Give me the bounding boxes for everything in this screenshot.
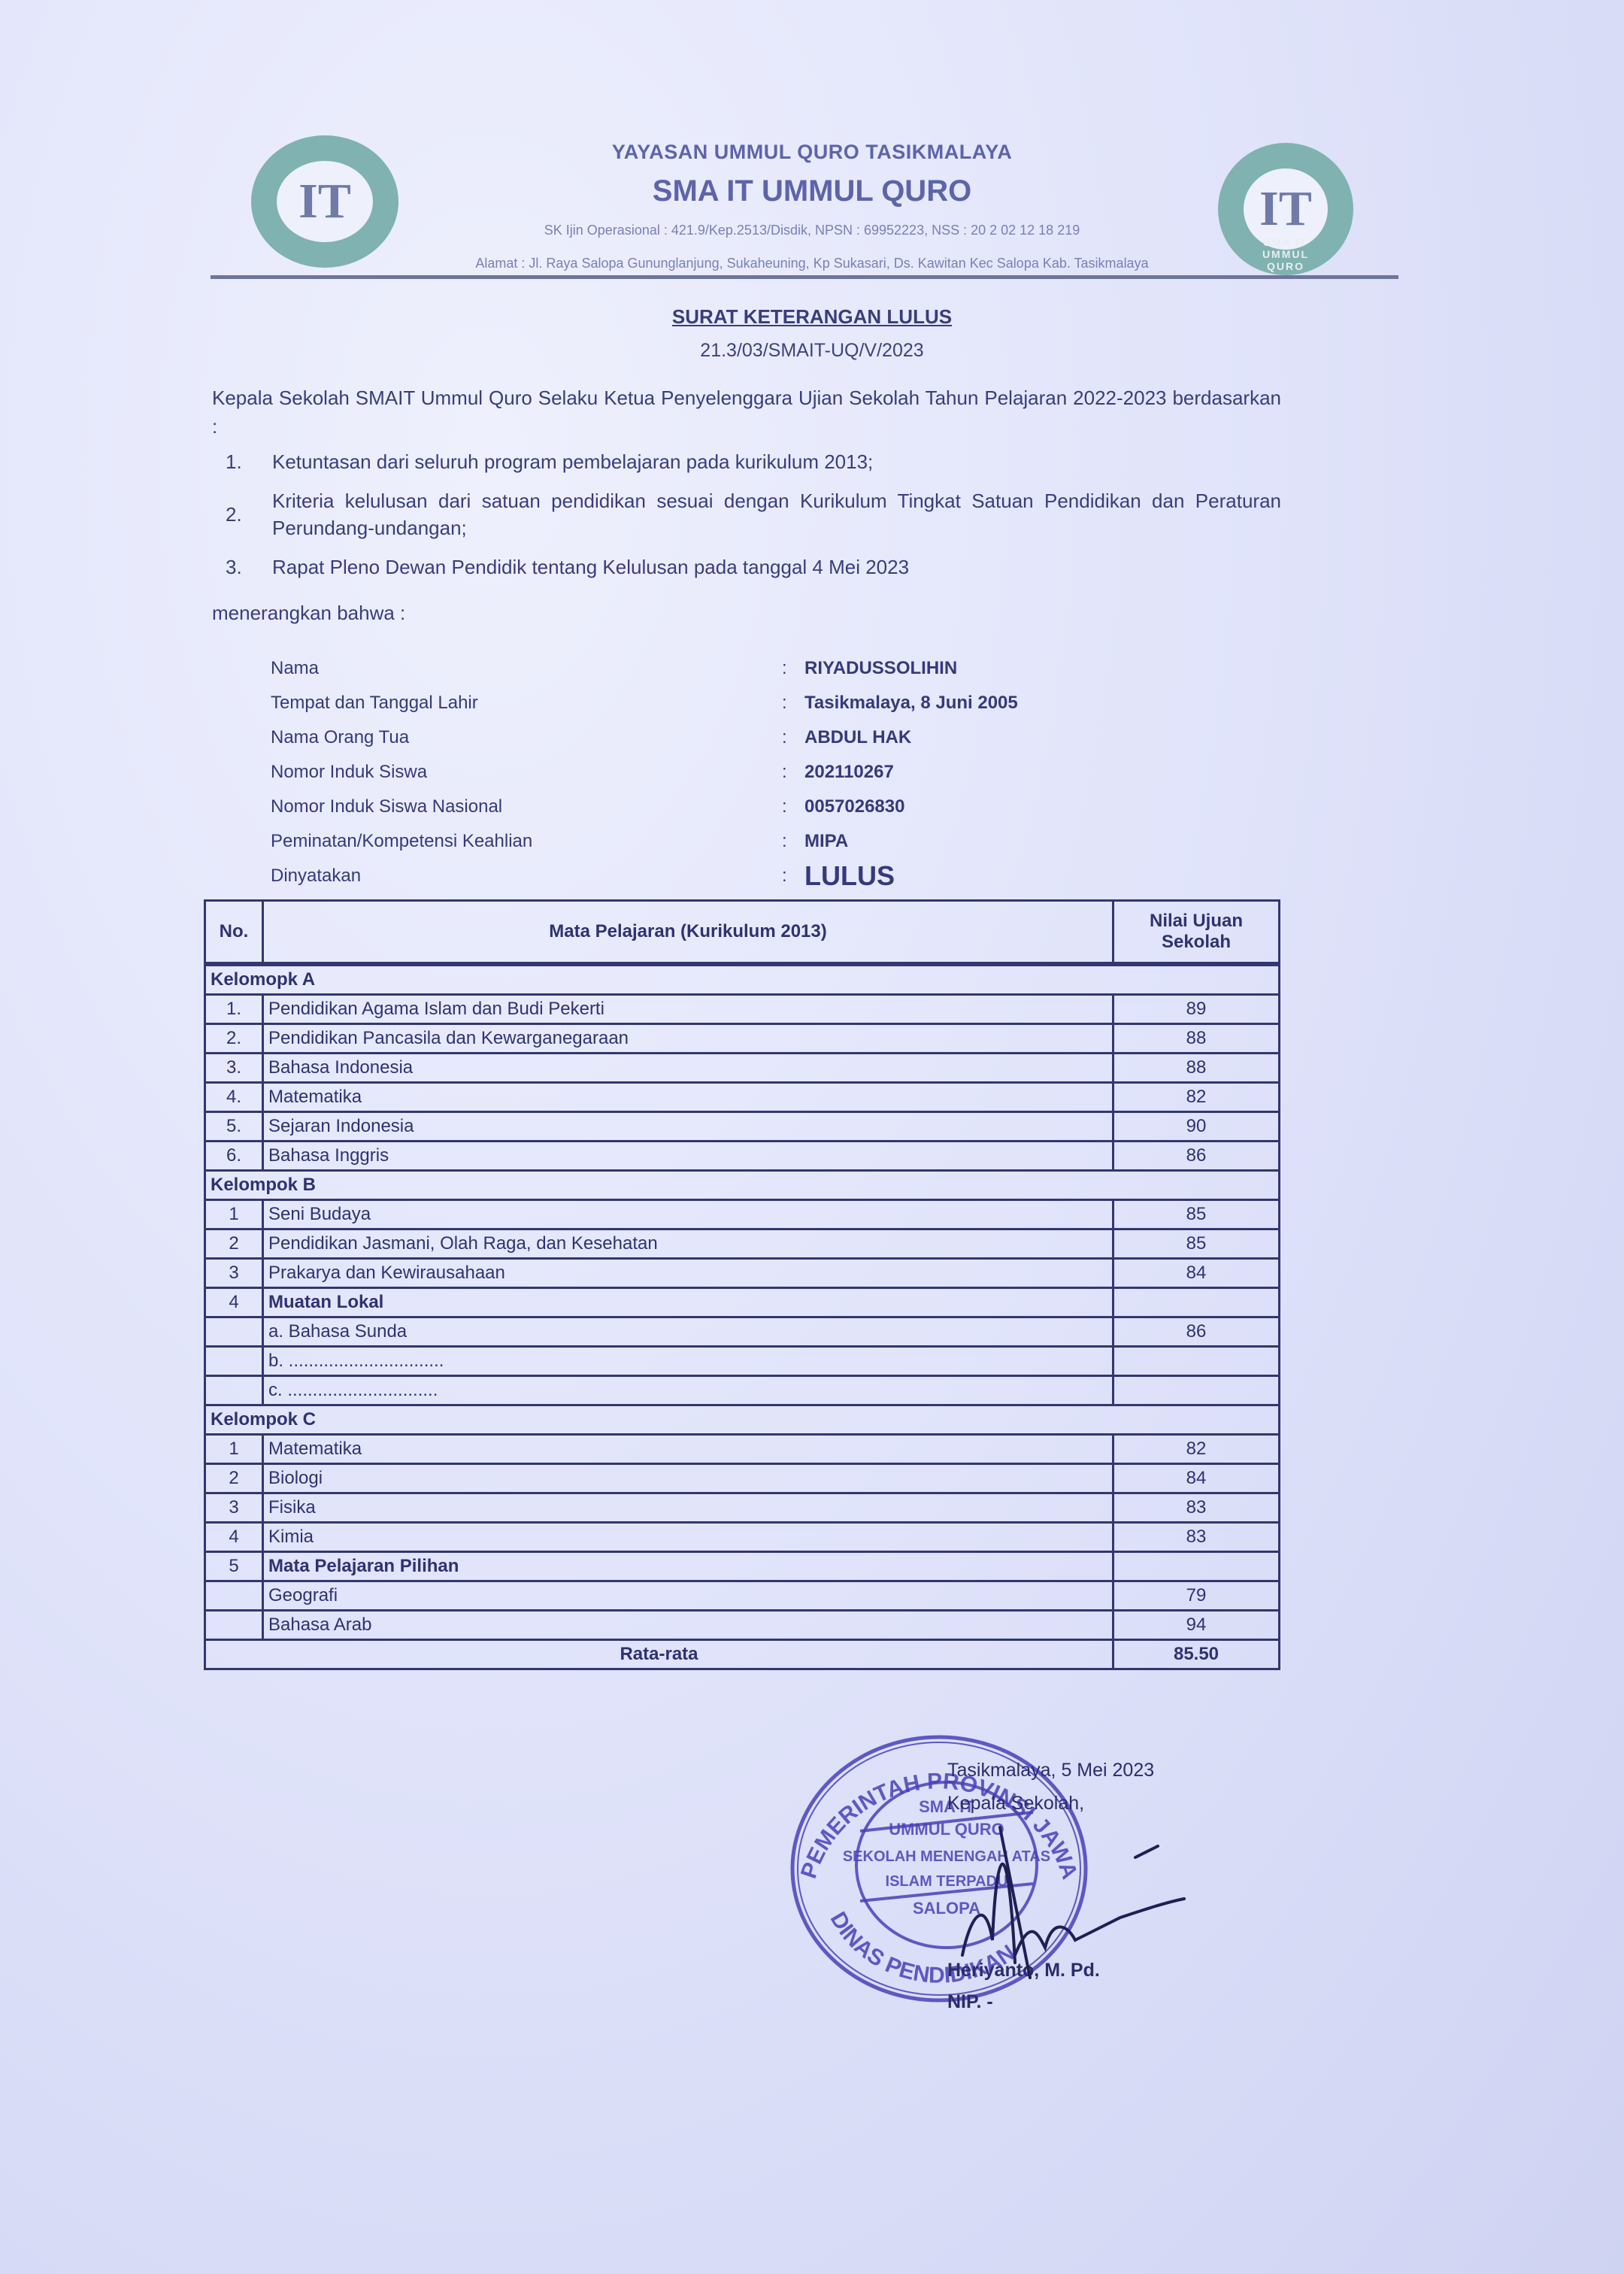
basis-number: 3. — [226, 553, 272, 581]
row-score — [1113, 1376, 1280, 1405]
row-subject: Pendidikan Agama Islam dan Budi Pekerti — [263, 995, 1113, 1024]
intro-paragraph: Kepala Sekolah SMAIT Ummul Quro Selaku K… — [212, 384, 1281, 441]
table-row: 5Mata Pelajaran Pilihan — [205, 1552, 1280, 1581]
school-name: SMA IT UMMUL QURO — [0, 174, 1624, 208]
row-subject: Pendidikan Pancasila dan Kewarganegaraan — [263, 1024, 1113, 1054]
row-number — [205, 1581, 263, 1611]
school-address: Alamat : Jl. Raya Salopa Gununglanjung, … — [0, 256, 1624, 271]
table-row: Geografi79 — [205, 1581, 1280, 1611]
basis-list: 1. Ketuntasan dari seluruh program pembe… — [226, 448, 1281, 593]
row-score: 84 — [1113, 1259, 1280, 1288]
basis-text: Ketuntasan dari seluruh program pembelaj… — [272, 448, 1281, 475]
row-number: 5. — [205, 1112, 263, 1142]
row-subject: Fisika — [263, 1493, 1113, 1523]
table-row: a. Bahasa Sunda86 — [205, 1317, 1280, 1347]
group-label: Kelompok B — [205, 1171, 1280, 1200]
graduation-status: LULUS — [804, 860, 895, 892]
row-number: 2. — [205, 1024, 263, 1054]
row-subject: Bahasa Inggris — [263, 1142, 1113, 1171]
row-score: 82 — [1113, 1435, 1280, 1464]
identity-row-parent: Nama Orang Tua : ABDUL HAK — [271, 720, 1173, 755]
field-value: 0057026830 — [804, 796, 904, 817]
row-score: 88 — [1113, 1054, 1280, 1083]
table-row: 3Fisika83 — [205, 1493, 1280, 1523]
table-row: 1Seni Budaya85 — [205, 1200, 1280, 1229]
row-number — [205, 1611, 263, 1640]
field-label: Tempat dan Tanggal Lahir — [271, 693, 782, 714]
row-number: 2 — [205, 1229, 263, 1259]
row-subject: Sejaran Indonesia — [263, 1112, 1113, 1142]
row-number: 4 — [205, 1523, 263, 1552]
basis-text: Rapat Pleno Dewan Pendidik tentang Kelul… — [272, 553, 1281, 581]
table-row: Bahasa Arab94 — [205, 1611, 1280, 1640]
basis-number: 1. — [226, 448, 272, 475]
row-score: 94 — [1113, 1611, 1280, 1640]
identity-row-result: Dinyatakan : LULUS — [271, 859, 1173, 893]
row-subject: Prakarya dan Kewirausahaan — [263, 1259, 1113, 1288]
row-number: 1 — [205, 1200, 263, 1229]
row-subject: Pendidikan Jasmani, Olah Raga, dan Keseh… — [263, 1229, 1113, 1259]
row-subject: Mata Pelajaran Pilihan — [263, 1552, 1113, 1581]
row-number: 6. — [205, 1142, 263, 1171]
field-colon: : — [782, 762, 804, 783]
table-row: 2Biologi84 — [205, 1464, 1280, 1493]
identity-row-name: Nama : RIYADUSSOLIHIN — [271, 651, 1173, 686]
identity-row-major: Peminatan/Kompetensi Keahlian : MIPA — [271, 824, 1173, 859]
row-subject: Matematika — [263, 1083, 1113, 1112]
field-value: ABDUL HAK — [804, 727, 911, 748]
field-label: Nama Orang Tua — [271, 727, 782, 748]
student-identity: Nama : RIYADUSSOLIHIN Tempat dan Tanggal… — [271, 651, 1173, 893]
row-number: 3. — [205, 1054, 263, 1083]
row-subject: Matematika — [263, 1435, 1113, 1464]
field-label: Nomor Induk Siswa Nasional — [271, 796, 782, 817]
signatory-nip: NIP. - — [947, 1991, 993, 2013]
row-number: 2 — [205, 1464, 263, 1493]
table-row: 4Kimia83 — [205, 1523, 1280, 1552]
field-value: Tasikmalaya, 8 Juni 2005 — [804, 693, 1018, 714]
basis-number: 2. — [226, 501, 272, 528]
field-value: 202110267 — [804, 762, 894, 783]
group-label: Kelompok C — [205, 1405, 1280, 1435]
field-value: MIPA — [804, 831, 848, 852]
row-score: 85 — [1113, 1229, 1280, 1259]
identity-row-nisn: Nomor Induk Siswa Nasional : 0057026830 — [271, 790, 1173, 824]
row-score: 82 — [1113, 1083, 1280, 1112]
table-row: b. ............................... — [205, 1347, 1280, 1376]
average-row: Rata-rata85.50 — [205, 1640, 1280, 1669]
field-colon: : — [782, 658, 804, 679]
table-row: 4Muatan Lokal — [205, 1288, 1280, 1317]
field-colon: : — [782, 693, 804, 714]
row-score: 90 — [1113, 1112, 1280, 1142]
row-subject: b. ............................... — [263, 1347, 1113, 1376]
field-label: Dinyatakan — [271, 866, 782, 887]
row-score: 89 — [1113, 995, 1280, 1024]
school-license: SK Ijin Operasional : 421.9/Kep.2513/Dis… — [0, 223, 1624, 238]
row-subject: Geografi — [263, 1581, 1113, 1611]
table-row: c. .............................. — [205, 1376, 1280, 1405]
row-number: 1. — [205, 995, 263, 1024]
header-subject: Mata Pelajaran (Kurikulum 2013) — [263, 901, 1113, 965]
table-row: 2Pendidikan Jasmani, Olah Raga, dan Kese… — [205, 1229, 1280, 1259]
foundation-name: YAYASAN UMMUL QURO TASIKMALAYA — [0, 141, 1624, 164]
field-label: Nomor Induk Siswa — [271, 762, 782, 783]
row-score: 84 — [1113, 1464, 1280, 1493]
field-value: RIYADUSSOLIHIN — [804, 658, 957, 679]
field-label: Peminatan/Kompetensi Keahlian — [271, 831, 782, 852]
basis-text: Kriteria kelulusan dari satuan pendidika… — [272, 487, 1281, 541]
table-row: 5.Sejaran Indonesia90 — [205, 1112, 1280, 1142]
row-subject: Biologi — [263, 1464, 1113, 1493]
row-subject: c. .............................. — [263, 1376, 1113, 1405]
table-row: 3.Bahasa Indonesia88 — [205, 1054, 1280, 1083]
row-subject: Muatan Lokal — [263, 1288, 1113, 1317]
group-label: Kelomopk A — [205, 964, 1280, 995]
row-score: 88 — [1113, 1024, 1280, 1054]
row-subject: a. Bahasa Sunda — [263, 1317, 1113, 1347]
table-row: 4.Matematika82 — [205, 1083, 1280, 1112]
row-subject: Bahasa Indonesia — [263, 1054, 1113, 1083]
row-score: 86 — [1113, 1142, 1280, 1171]
grades-table: No. Mata Pelajaran (Kurikulum 2013) Nila… — [204, 899, 1280, 1670]
row-subject: Seni Budaya — [263, 1200, 1113, 1229]
table-row: 1.Pendidikan Agama Islam dan Budi Pekert… — [205, 995, 1280, 1024]
row-score — [1113, 1288, 1280, 1317]
row-number — [205, 1347, 263, 1376]
row-number: 4. — [205, 1083, 263, 1112]
table-row: 2.Pendidikan Pancasila dan Kewarganegara… — [205, 1024, 1280, 1054]
group-header-row: Kelomopk A — [205, 964, 1280, 995]
field-colon: : — [782, 866, 804, 887]
header-score: Nilai Ujuan Sekolah — [1113, 901, 1280, 965]
row-score: 83 — [1113, 1523, 1280, 1552]
header-no: No. — [205, 901, 263, 965]
group-header-row: Kelompok C — [205, 1405, 1280, 1435]
basis-item: 2. Kriteria kelulusan dari satuan pendid… — [226, 487, 1281, 541]
place-date: Tasikmalaya, 5 Mei 2023 — [947, 1760, 1154, 1781]
row-score: 85 — [1113, 1200, 1280, 1229]
table-row: 1Matematika82 — [205, 1435, 1280, 1464]
grades-table-body: Kelomopk A1.Pendidikan Agama Islam dan B… — [205, 964, 1280, 1669]
row-number — [205, 1376, 263, 1405]
identity-row-birth: Tempat dan Tanggal Lahir : Tasikmalaya, … — [271, 686, 1173, 720]
row-score: 86 — [1113, 1317, 1280, 1347]
row-score — [1113, 1347, 1280, 1376]
row-number: 4 — [205, 1288, 263, 1317]
table-row: 3Prakarya dan Kewirausahaan84 — [205, 1259, 1280, 1288]
row-number — [205, 1317, 263, 1347]
row-score: 83 — [1113, 1493, 1280, 1523]
row-score: 79 — [1113, 1581, 1280, 1611]
group-header-row: Kelompok B — [205, 1171, 1280, 1200]
document-number: 21.3/03/SMAIT-UQ/V/2023 — [0, 340, 1624, 362]
field-colon: : — [782, 831, 804, 852]
row-subject: Kimia — [263, 1523, 1113, 1552]
field-label: Nama — [271, 658, 782, 679]
row-number: 1 — [205, 1435, 263, 1464]
basis-item: 3. Rapat Pleno Dewan Pendidik tentang Ke… — [226, 553, 1281, 581]
table-header-row: No. Mata Pelajaran (Kurikulum 2013) Nila… — [205, 901, 1280, 965]
row-number: 3 — [205, 1259, 263, 1288]
average-value: 85.50 — [1113, 1640, 1280, 1669]
average-label: Rata-rata — [205, 1640, 1113, 1669]
row-number: 3 — [205, 1493, 263, 1523]
row-subject: Bahasa Arab — [263, 1611, 1113, 1640]
statement-text: menerangkan bahwa : — [212, 602, 405, 625]
document-title: SURAT KETERANGAN LULUS — [0, 305, 1624, 329]
identity-row-nis: Nomor Induk Siswa : 202110267 — [271, 755, 1173, 790]
row-number: 5 — [205, 1552, 263, 1581]
field-colon: : — [782, 727, 804, 748]
table-row: 6.Bahasa Inggris86 — [205, 1142, 1280, 1171]
handwritten-signature-icon — [947, 1805, 1188, 1985]
letterhead-divider — [211, 275, 1398, 279]
basis-item: 1. Ketuntasan dari seluruh program pembe… — [226, 448, 1281, 475]
field-colon: : — [782, 796, 804, 817]
row-score — [1113, 1552, 1280, 1581]
graduation-certificate-page: IT IT SMA IT UMMUL QURO YAYASAN UMMUL QU… — [0, 0, 1624, 2274]
